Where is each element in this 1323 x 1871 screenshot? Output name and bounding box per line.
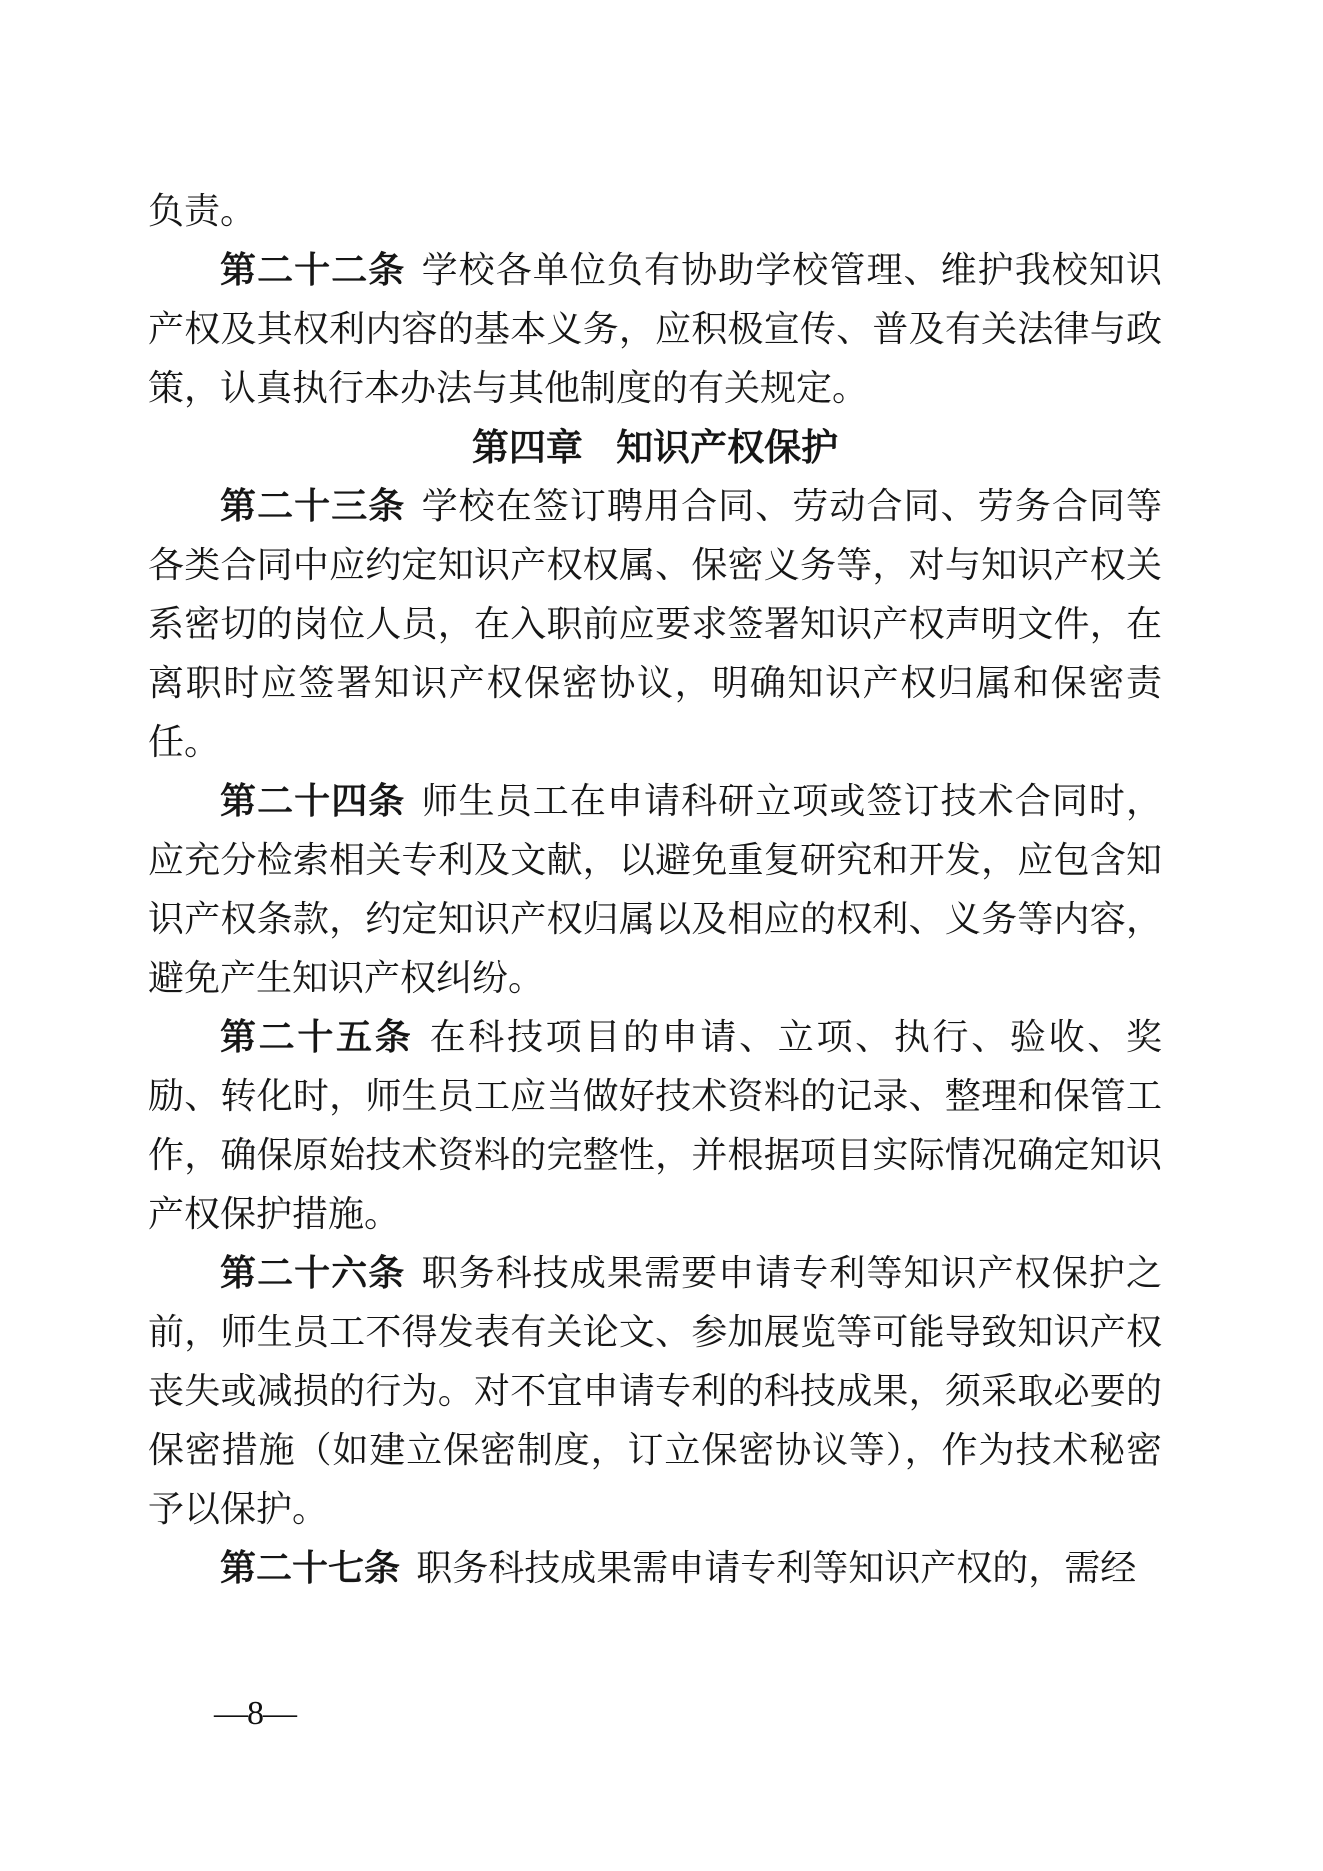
chapter-number: 第四章	[472, 427, 583, 468]
article-25-label: 第二十五条	[220, 1017, 430, 1057]
article-22-paragraph: 第二十二条学校各单位负有协助学校管理、维护我校知识产权及其权利内容的基本义务，应…	[148, 241, 1162, 418]
paragraph-text: 负责。	[148, 191, 256, 231]
chapter-title: 知识产权保护	[616, 427, 838, 468]
article-26-text: 职务科技成果需要申请专利等知识产权保护之前，师生员工不得发表有关论文、参加展览等…	[148, 1253, 1162, 1529]
paragraph-continuation: 负责。	[148, 182, 1162, 241]
document-body: 负责。 第二十二条学校各单位负有协助学校管理、维护我校知识产权及其权利内容的基本…	[148, 182, 1162, 1598]
chapter-heading: 第四章知识产权保护	[148, 418, 1162, 477]
article-24-label: 第二十四条	[220, 781, 422, 821]
article-25-paragraph: 第二十五条在科技项目的申请、立项、执行、验收、奖励、转化时，师生员工应当做好技术…	[148, 1008, 1162, 1244]
article-24-paragraph: 第二十四条师生员工在申请科研立项或签订技术合同时，应充分检索相关专利及文献，以避…	[148, 772, 1162, 1008]
page-number: —8—	[214, 1692, 296, 1736]
article-26-paragraph: 第二十六条职务科技成果需要申请专利等知识产权保护之前，师生员工不得发表有关论文、…	[148, 1244, 1162, 1539]
article-27-label: 第二十七条	[220, 1548, 416, 1588]
article-27-text: 职务科技成果需申请专利等知识产权的，需经	[416, 1548, 1136, 1588]
article-23-paragraph: 第二十三条学校在签订聘用合同、劳动合同、劳务合同等各类合同中应约定知识产权权属、…	[148, 477, 1162, 772]
article-27-paragraph: 第二十七条职务科技成果需申请专利等知识产权的，需经	[148, 1539, 1162, 1598]
document-page: 负责。 第二十二条学校各单位负有协助学校管理、维护我校知识产权及其权利内容的基本…	[0, 0, 1323, 1871]
article-22-label: 第二十二条	[220, 250, 422, 290]
article-23-label: 第二十三条	[220, 486, 422, 526]
article-23-text: 学校在签订聘用合同、劳动合同、劳务合同等各类合同中应约定知识产权权属、保密义务等…	[148, 486, 1162, 762]
article-26-label: 第二十六条	[220, 1253, 422, 1293]
